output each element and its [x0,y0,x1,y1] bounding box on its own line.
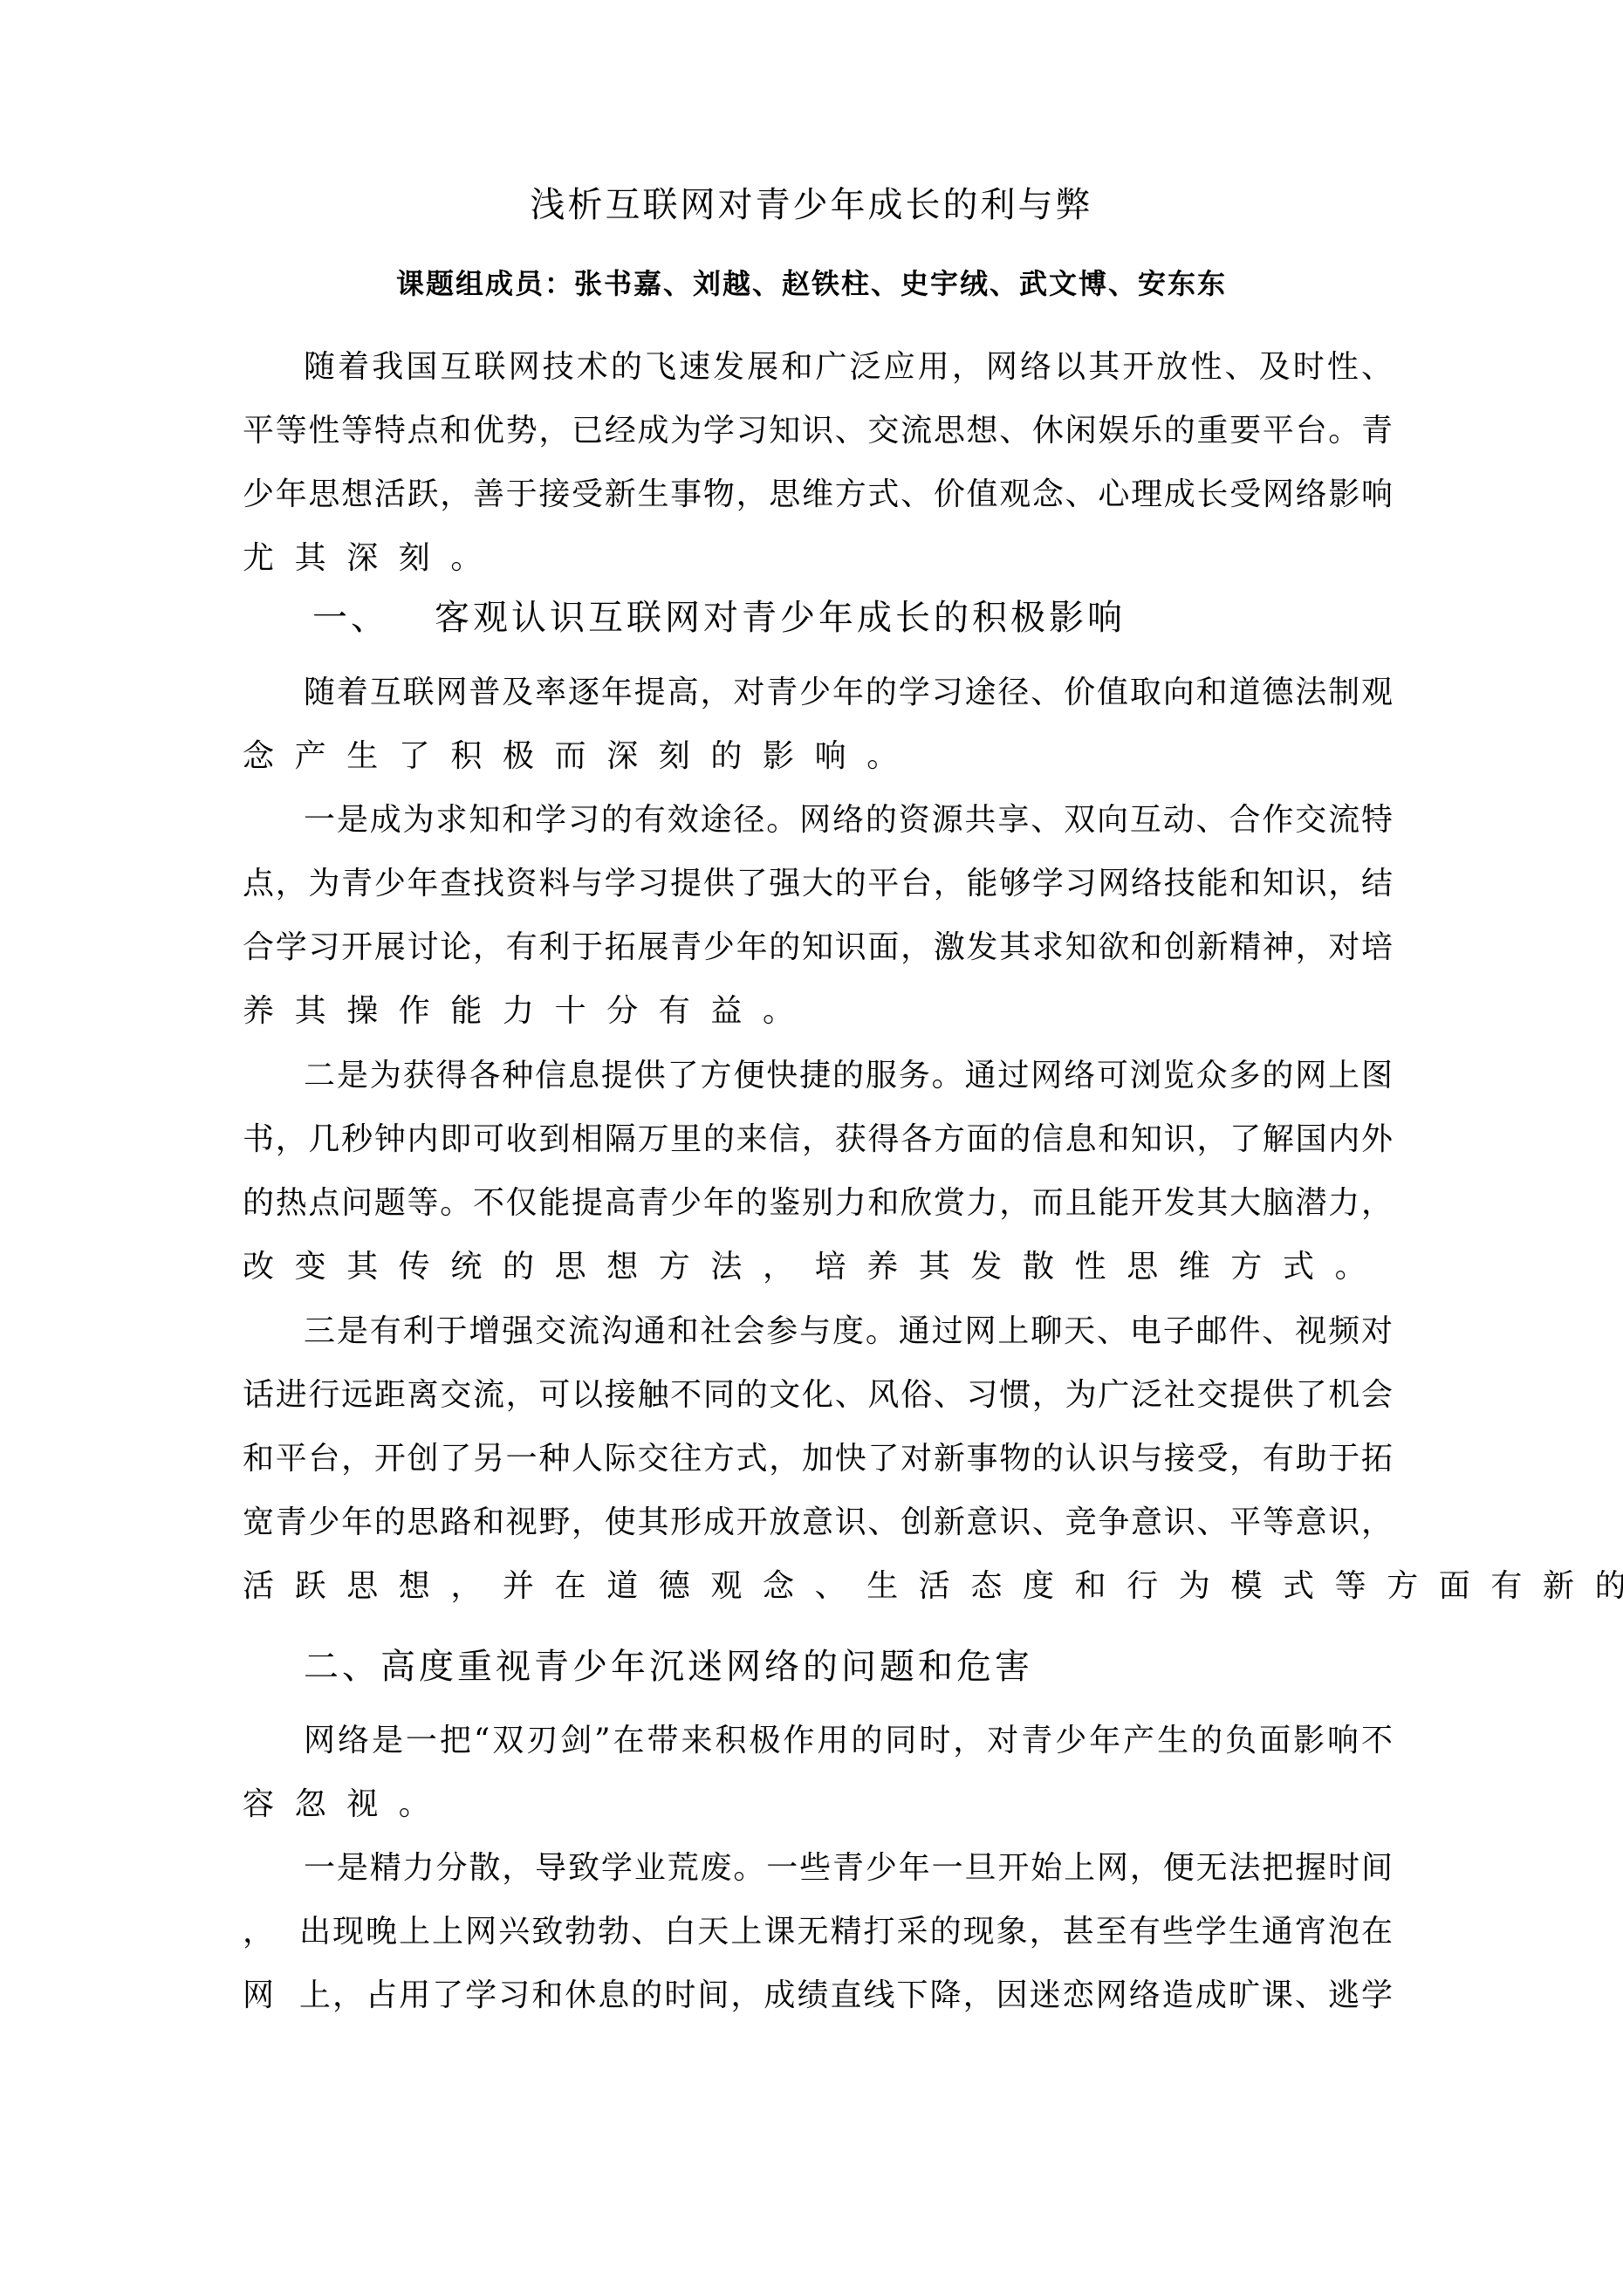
section2-point-1: 一是精力分散，导致学业荒废。一些青少年一旦开始上网，便无法把握时间 ， 出现晚上… [243,1836,1393,2027]
text-line: 改变其传统的思想方法，培养其发散性思维方式。 [243,1235,1393,1299]
text-line: 和平台，开创了另一种人际交往方式，加快了对新事物的认识与接受，有助于拓 [243,1427,1393,1491]
text-line: ， 出现晚上上网兴致勃勃、白天上课无精打采的现象，甚至有些学生通宵泡在 [243,1900,1393,1964]
section-number: 一、 [312,592,435,644]
text-line: 二是为获得各种信息提供了方便快捷的服务。通过网络可浏览众多的网上图 [243,1044,1393,1107]
text-line: 随着互联网普及率逐年提高，对青少年的学习途径、价值取向和道德法制观 [243,661,1393,724]
text-line: 的热点问题等。不仅能提高青少年的鉴别力和欣赏力，而且能开发其大脑潜力， [243,1171,1393,1235]
text-line: 平等性等特点和优势，已经成为学习知识、交流思想、休闲娱乐的重要平台。青 [243,399,1393,463]
text-line: 一是成为求知和学习的有效途径。网络的资源共享、双向互动、合作交流特 [243,788,1393,852]
intro-paragraph: 随着我国互联网技术的飞速发展和广泛应用，网络以其开放性、及时性、 平等性等特点和… [243,335,1393,590]
text-line: 少年思想活跃，善于接受新生事物，思维方式、价值观念、心理成长受网络影响 [243,463,1393,526]
text-line: 一是精力分散，导致学业荒废。一些青少年一旦开始上网，便无法把握时间 [243,1836,1393,1900]
text-line: 随着我国互联网技术的飞速发展和广泛应用，网络以其开放性、及时性、 [243,335,1393,399]
section-number: 二、 [304,1641,380,1693]
section1-point-3: 三是有利于增强交流沟通和社会参与度。通过网上聊天、电子邮件、视频对 话进行远距离… [243,1299,1393,1618]
section-heading-2: 二、高度重视青少年沉迷网络的问题和危害 [304,1641,1033,1693]
section1-point-1: 一是成为求知和学习的有效途径。网络的资源共享、双向互动、合作交流特 点，为青少年… [243,788,1393,1043]
text-line: 宽青少年的思路和视野，使其形成开放意识、创新意识、竞争意识、平等意识， [243,1491,1393,1554]
text-line: 活跃思想，并在道德观念、生活态度和行为模式等方面有新的发展与提升。 [243,1554,1393,1618]
section-heading-1: 一、客观认识互联网对青少年成长的积极影响 [312,592,1126,644]
text-line: 养其操作能力十分有益。 [243,979,1393,1043]
text-line: 话进行远距离交流，可以接触不同的文化、风俗、习惯，为广泛社交提供了机会 [243,1363,1393,1427]
text-line: 书，几秒钟内即可收到相隔万里的来信，获得各方面的信息和知识，了解国内外 [243,1107,1393,1171]
text-line: 三是有利于增强交流沟通和社会参与度。通过网上聊天、电子邮件、视频对 [243,1299,1393,1363]
text-line: 点，为青少年查找资料与学习提供了强大的平台，能够学习网络技能和知识，结 [243,852,1393,915]
section1-intro-paragraph: 随着互联网普及率逐年提高，对青少年的学习途径、价值取向和道德法制观 念产生了积极… [243,661,1393,788]
text-line: 网 上，占用了学习和休息的时间，成绩直线下降，因迷恋网络造成旷课、逃学 [243,1964,1393,2027]
text-line: 容忽视。 [243,1772,1393,1836]
text-line: 合学习开展讨论，有利于拓展青少年的知识面，激发其求知欲和创新精神，对培 [243,915,1393,979]
text-line: 尤其深刻。 [243,526,1393,590]
document-page: 浅析互联网对青少年成长的利与弊 课题组成员：张书嘉、刘越、赵铁柱、史宇绒、武文博… [0,0,1623,2296]
section-title: 高度重视青少年沉迷网络的问题和危害 [380,1647,1033,1687]
section2-intro-paragraph: 网络是一把“双刃剑”在带来积极作用的同时，对青少年产生的负面影响不 容忽视。 [243,1709,1393,1836]
text-line: 念产生了积极而深刻的影响。 [243,724,1393,788]
document-title: 浅析互联网对青少年成长的利与弊 [0,181,1623,230]
text-line: 网络是一把“双刃剑”在带来积极作用的同时，对青少年产生的负面影响不 [243,1709,1393,1772]
author-list: 课题组成员：张书嘉、刘越、赵铁柱、史宇绒、武文博、安东东 [0,262,1623,305]
section1-point-2: 二是为获得各种信息提供了方便快捷的服务。通过网络可浏览众多的网上图 书，几秒钟内… [243,1044,1393,1299]
section-title: 客观认识互联网对青少年成长的积极影响 [435,598,1126,638]
